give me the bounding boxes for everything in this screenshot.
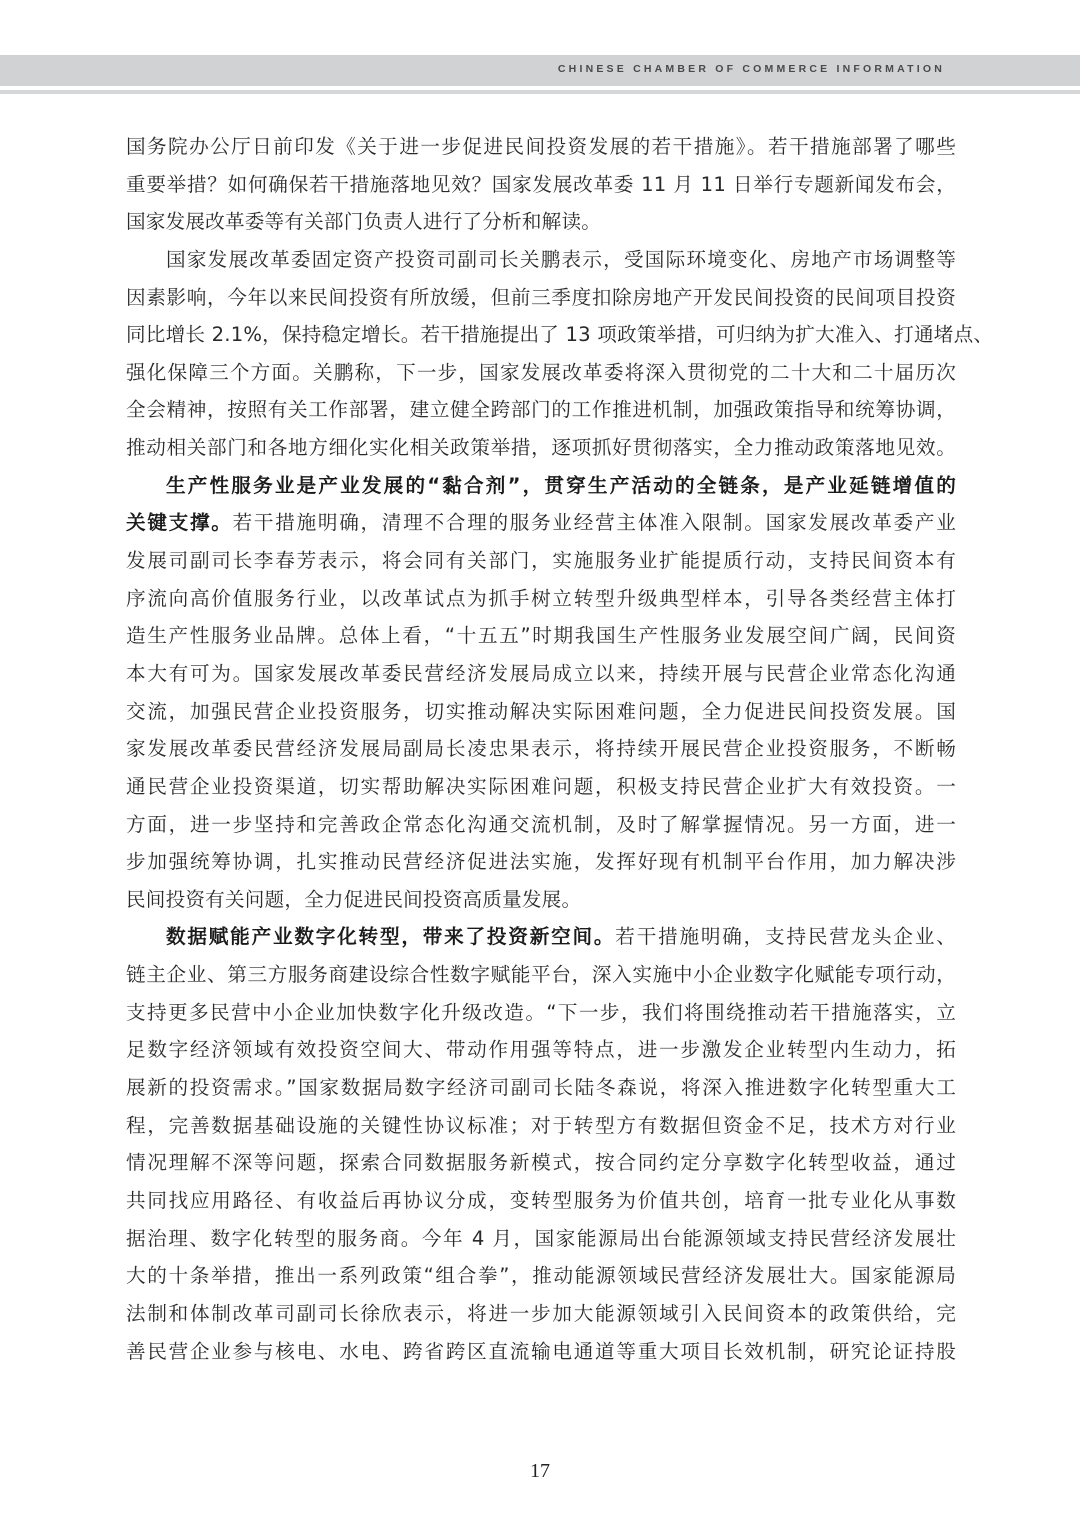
text-line: 方面，进一步坚持和完善政企常态化沟通交流机制，及时了解掌握情况。另一方面，进一 (126, 806, 956, 844)
line-text: 方面，进一步坚持和完善政企常态化沟通交流机制，及时了解掌握情况。另一方面，进一 (126, 813, 956, 836)
line-text: 据治理、数字化转型的服务商。今年 4 月，国家能源局出台能源领域支持民营经济发展… (126, 1227, 956, 1250)
bold-lead-sentence: 关键支撑。 (126, 511, 233, 534)
text-line: 国家发展改革委固定资产投资司副司长关鹏表示，受国际环境变化、房地产市场调整等 (126, 241, 956, 279)
line-text: 大的十条举措，推出一系列政策“组合拳”，推动能源领域民营经济发展壮大。国家能源局 (126, 1264, 956, 1287)
line-text: 若干措施明确，支持民营龙头企业、 (615, 925, 956, 948)
line-text: 若干措施明确，清理不合理的服务业经营主体准入限制。国家发展改革委产业 (233, 511, 956, 534)
text-line: 强化保障三个方面。关鹏称，下一步，国家发展改革委将深入贯彻党的二十大和二十届历次 (126, 354, 956, 392)
line-text: 序流向高价值服务行业，以改革试点为抓手树立转型升级典型样本，引导各类经营主体打 (126, 587, 956, 610)
line-text: 国家发展改革委等有关部门负责人进行了分析和解读。 (126, 210, 601, 233)
text-line: 大的十条举措，推出一系列政策“组合拳”，推动能源领域民营经济发展壮大。国家能源局 (126, 1257, 956, 1295)
line-text: 法制和体制改革司副司长徐欣表示，将进一步加大能源领域引入民间资本的政策供给，完 (126, 1302, 956, 1325)
header-divider (0, 90, 1080, 94)
text-line: 同比增长 2.1%，保持稳定增长。若干措施提出了 13 项政策举措，可归纳为扩大… (126, 316, 956, 354)
text-line: 国家发展改革委等有关部门负责人进行了分析和解读。 (126, 203, 956, 241)
text-line: 因素影响，今年以来民间投资有所放缓，但前三季度扣除房地产开发民间投资的民间项目投… (126, 279, 956, 317)
line-text: 支持更多民营中小企业加快数字化升级改造。“下一步，我们将围绕推动若干措施落实，立 (126, 1001, 956, 1024)
line-text: 交流，加强民营企业投资服务，切实推动解决实际困难问题，全力促进民间投资发展。国 (126, 700, 956, 723)
text-line: 通民营企业投资渠道，切实帮助解决实际困难问题，积极支持民营企业扩大有效投资。一 (126, 768, 956, 806)
text-line: 造生产性服务业品牌。总体上看，“十五五”时期我国生产性服务业发展空间广阔，民间资 (126, 617, 956, 655)
text-line: 数据赋能产业数字化转型，带来了投资新空间。若干措施明确，支持民营龙头企业、 (126, 918, 956, 956)
line-text: 重要举措？如何确保若干措施落地见效？国家发展改革委 11 月 11 日举行专题新… (126, 173, 956, 196)
line-text: 发展司副司长李春芳表示，将会同有关部门，实施服务业扩能提质行动，支持民间资本有 (126, 549, 956, 572)
bold-lead-sentence: 数据赋能产业数字化转型，带来了投资新空间。 (166, 925, 615, 948)
line-text: 强化保障三个方面。关鹏称，下一步，国家发展改革委将深入贯彻党的二十大和二十届历次 (126, 361, 956, 384)
text-line: 法制和体制改革司副司长徐欣表示，将进一步加大能源领域引入民间资本的政策供给，完 (126, 1295, 956, 1333)
text-line: 步加强统筹协调，扎实推动民营经济促进法实施，发挥好现有机制平台作用，加力解决涉 (126, 843, 956, 881)
line-text: 步加强统筹协调，扎实推动民营经济促进法实施，发挥好现有机制平台作用，加力解决涉 (126, 850, 956, 873)
text-line: 情况理解不深等问题，探索合同数据服务新模式，按合同约定分享数字化转型收益，通过 (126, 1144, 956, 1182)
line-text: 民间投资有关问题，全力促进民间投资高质量发展。 (126, 888, 581, 911)
line-text: 展新的投资需求。”国家数据局数字经济司副司长陆冬森说，将深入推进数字化转型重大工 (126, 1076, 956, 1099)
line-text: 足数字经济领域有效投资空间大、带动作用强等特点，进一步激发企业转型内生动力，拓 (126, 1038, 956, 1061)
line-text: 国家发展改革委固定资产投资司副司长关鹏表示，受国际环境变化、房地产市场调整等 (166, 248, 956, 271)
text-line: 家发展改革委民营经济发展局副局长凌忠果表示，将持续开展民营企业投资服务，不断畅 (126, 730, 956, 768)
text-line: 推动相关部门和各地方细化实化相关政策举措，逐项抓好贯彻落实，全力推动政策落地见效… (126, 429, 956, 467)
text-line: 重要举措？如何确保若干措施落地见效？国家发展改革委 11 月 11 日举行专题新… (126, 166, 956, 204)
line-text: 通民营企业投资渠道，切实帮助解决实际困难问题，积极支持民营企业扩大有效投资。一 (126, 775, 956, 798)
text-line: 善民营企业参与核电、水电、跨省跨区直流输电通道等重大项目长效机制，研究论证持股 (126, 1333, 956, 1371)
text-line: 程，完善数据基础设施的关键性协议标准；对于转型方有数据但资金不足，技术方对行业 (126, 1107, 956, 1145)
line-text: 因素影响，今年以来民间投资有所放缓，但前三季度扣除房地产开发民间投资的民间项目投… (126, 286, 956, 309)
line-text: 造生产性服务业品牌。总体上看，“十五五”时期我国生产性服务业发展空间广阔，民间资 (126, 624, 956, 647)
text-line: 共同找应用路径、有收益后再协议分成，变转型服务为价值共创，培育一批专业化从事数 (126, 1182, 956, 1220)
page-number: 17 (0, 1460, 1080, 1483)
line-text: 全会精神，按照有关工作部署，建立健全跨部门的工作推进机制，加强政策指导和统筹协调… (126, 398, 956, 421)
text-line: 支持更多民营中小企业加快数字化升级改造。“下一步，我们将围绕推动若干措施落实，立 (126, 994, 956, 1032)
text-line: 交流，加强民营企业投资服务，切实推动解决实际困难问题，全力促进民间投资发展。国 (126, 693, 956, 731)
text-line: 本大有可为。国家发展改革委民营经济发展局成立以来，持续开展与民营企业常态化沟通 (126, 655, 956, 693)
text-line: 展新的投资需求。”国家数据局数字经济司副司长陆冬森说，将深入推进数字化转型重大工 (126, 1069, 956, 1107)
line-text: 链主企业、第三方服务商建设综合性数字赋能平台，深入实施中小企业数字化赋能专项行动… (126, 963, 956, 986)
article-body: 国务院办公厅日前印发《关于进一步促进民间投资发展的若干措施》。若干措施部署了哪些… (126, 128, 956, 1370)
text-line: 发展司副司长李春芳表示，将会同有关部门，实施服务业扩能提质行动，支持民间资本有 (126, 542, 956, 580)
text-line: 国务院办公厅日前印发《关于进一步促进民间投资发展的若干措施》。若干措施部署了哪些 (126, 128, 956, 166)
line-text: 情况理解不深等问题，探索合同数据服务新模式，按合同约定分享数字化转型收益，通过 (126, 1151, 956, 1174)
text-line: 序流向高价值服务行业，以改革试点为抓手树立转型升级典型样本，引导各类经营主体打 (126, 580, 956, 618)
running-header-title: CHINESE CHAMBER OF COMMERCE INFORMATION (558, 63, 945, 75)
line-text: 本大有可为。国家发展改革委民营经济发展局成立以来，持续开展与民营企业常态化沟通 (126, 662, 956, 685)
text-line: 全会精神，按照有关工作部署，建立健全跨部门的工作推进机制，加强政策指导和统筹协调… (126, 391, 956, 429)
line-text: 家发展改革委民营经济发展局副局长凌忠果表示，将持续开展民营企业投资服务，不断畅 (126, 737, 956, 760)
text-line: 生产性服务业是产业发展的“黏合剂”，贯穿生产活动的全链条，是产业延链增值的 (126, 467, 956, 505)
line-text: 程，完善数据基础设施的关键性协议标准；对于转型方有数据但资金不足，技术方对行业 (126, 1114, 956, 1137)
line-text: 共同找应用路径、有收益后再协议分成，变转型服务为价值共创，培育一批专业化从事数 (126, 1189, 956, 1212)
text-line: 民间投资有关问题，全力促进民间投资高质量发展。 (126, 881, 956, 919)
text-line: 链主企业、第三方服务商建设综合性数字赋能平台，深入实施中小企业数字化赋能专项行动… (126, 956, 956, 994)
line-text: 善民营企业参与核电、水电、跨省跨区直流输电通道等重大项目长效机制，研究论证持股 (126, 1340, 956, 1363)
line-text: 国务院办公厅日前印发《关于进一步促进民间投资发展的若干措施》。若干措施部署了哪些 (126, 135, 956, 158)
text-line: 关键支撑。若干措施明确，清理不合理的服务业经营主体准入限制。国家发展改革委产业 (126, 504, 956, 542)
line-text: 推动相关部门和各地方细化实化相关政策举措，逐项抓好贯彻落实，全力推动政策落地见效… (126, 436, 956, 459)
text-line: 足数字经济领域有效投资空间大、带动作用强等特点，进一步激发企业转型内生动力，拓 (126, 1031, 956, 1069)
bold-lead-sentence: 生产性服务业是产业发展的“黏合剂”，贯穿生产活动的全链条，是产业延链增值的 (166, 474, 956, 497)
line-text: 同比增长 2.1%，保持稳定增长。若干措施提出了 13 项政策举措，可归纳为扩大… (126, 323, 993, 346)
text-line: 据治理、数字化转型的服务商。今年 4 月，国家能源局出台能源领域支持民营经济发展… (126, 1220, 956, 1258)
